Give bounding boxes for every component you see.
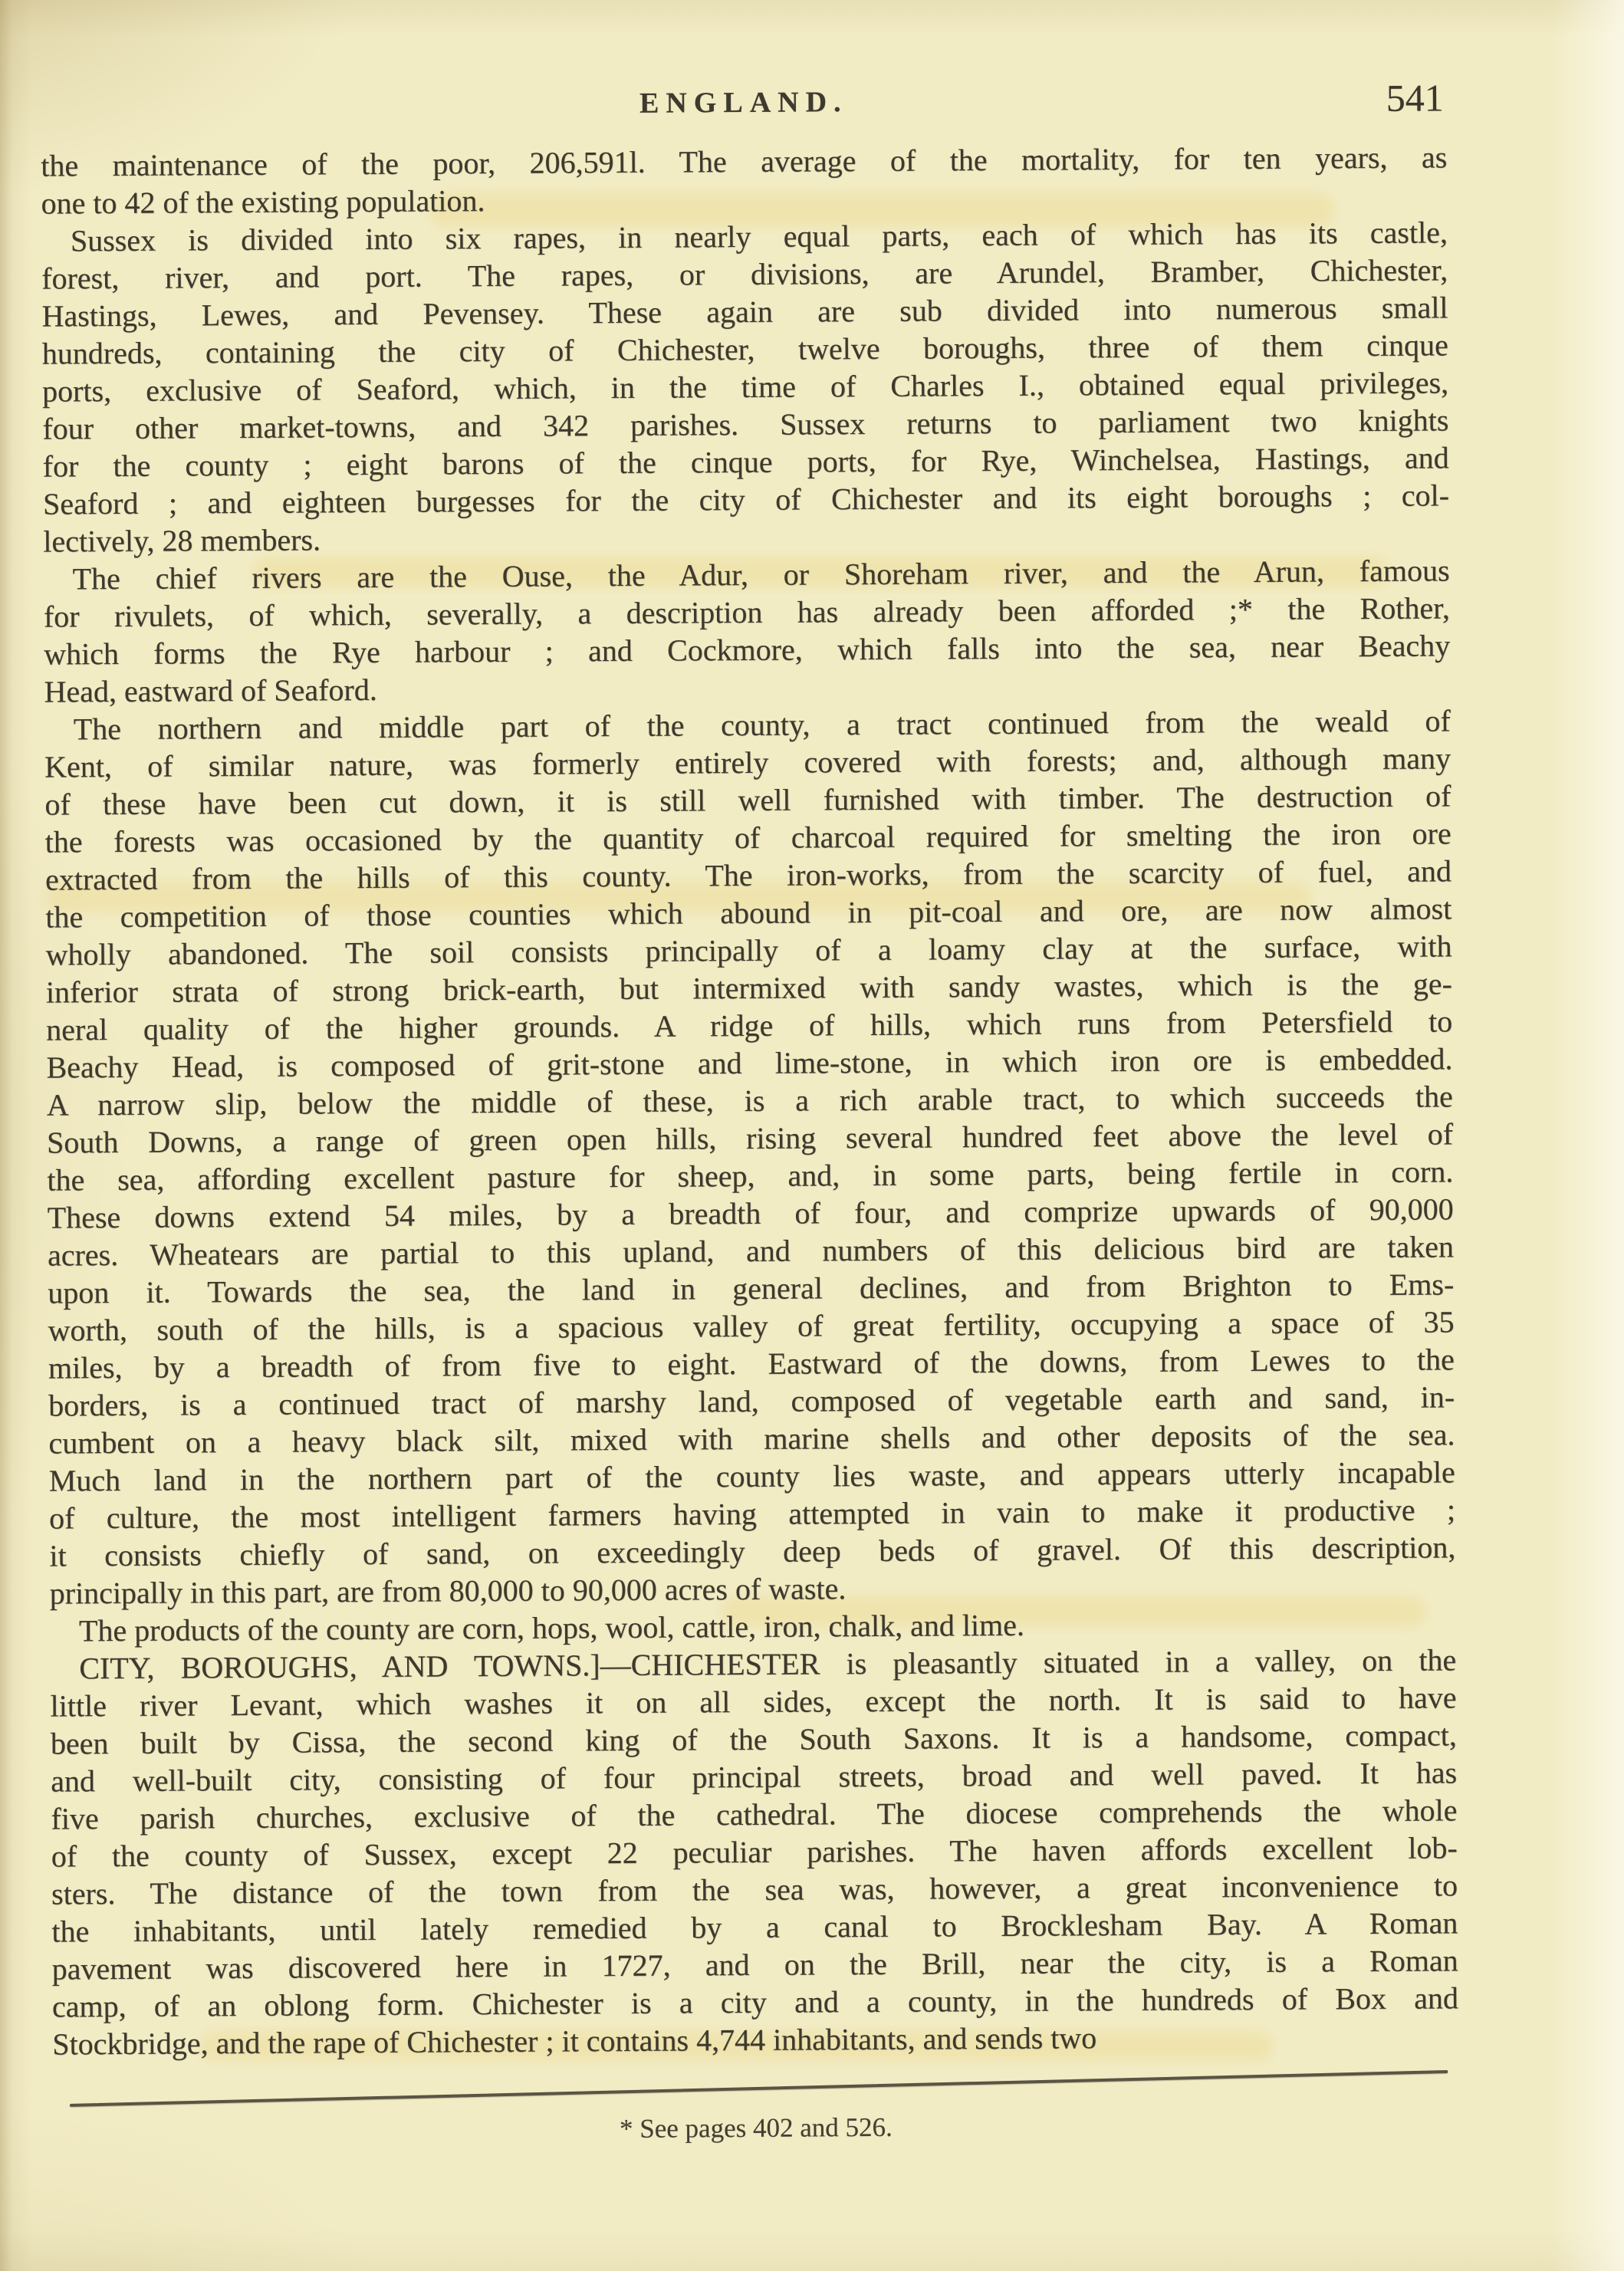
paragraph: Sussex is divided into six rapes, in nea…	[41, 213, 1450, 560]
paragraph: CITY, BOROUGHS, AND TOWNS.]—CHICHESTER i…	[50, 1641, 1458, 2062]
footnote: * See pages 402 and 526.	[53, 2108, 1459, 2148]
paragraph: The northern and middle part of the coun…	[44, 702, 1456, 1612]
page-content: ENGLAND. 541 the maintenance of the poor…	[40, 0, 1446, 5]
page-header: ENGLAND. 541	[41, 81, 1447, 130]
page-number: 541	[1386, 75, 1444, 120]
paragraph: The chief rivers are the Ouse, the Adur,…	[43, 551, 1450, 710]
footnote-rule	[70, 2070, 1448, 2107]
page-background: ENGLAND. 541 the maintenance of the poor…	[0, 0, 1624, 2271]
text-line: Stockbridge, and the rape of Chichester …	[52, 2016, 1458, 2062]
paragraph: the maintenance of the poor, 206,591l. T…	[41, 138, 1448, 222]
page-body: the maintenance of the poor, 206,591l. T…	[41, 138, 1458, 2062]
running-title: ENGLAND.	[41, 81, 1447, 123]
